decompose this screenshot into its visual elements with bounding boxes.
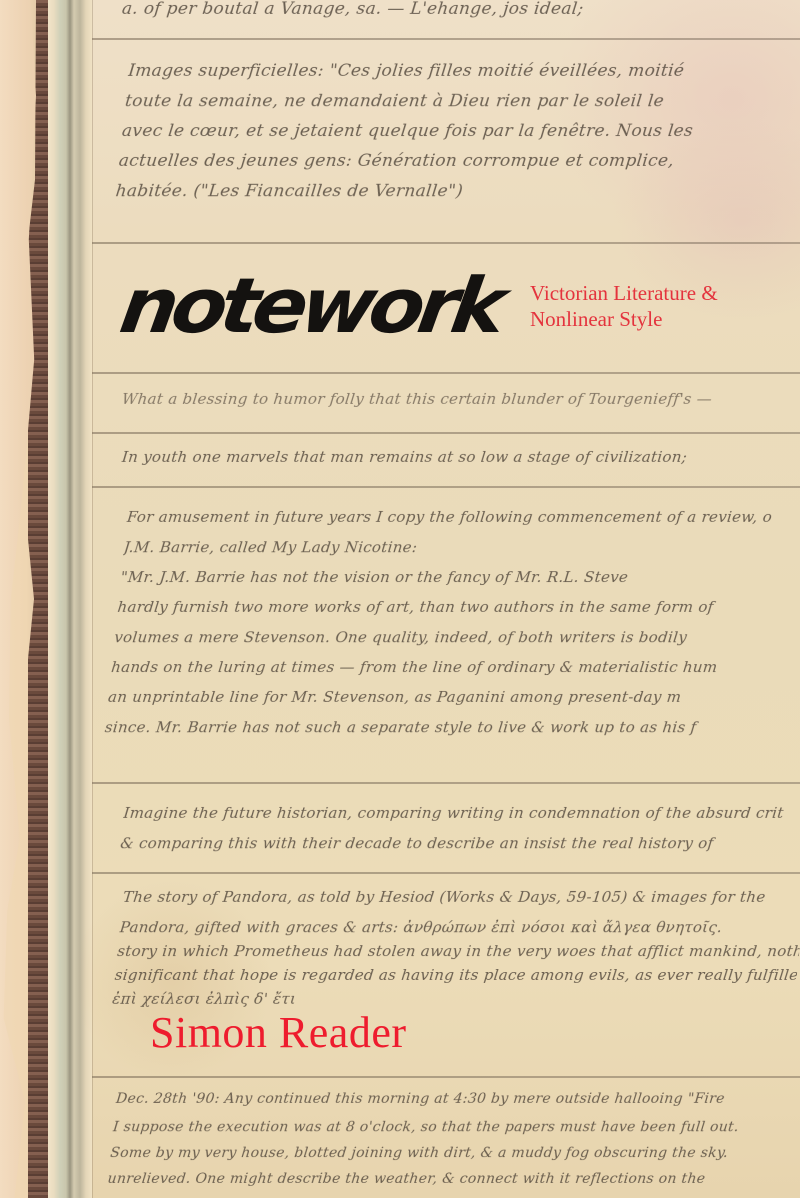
handwriting-line: significant that hope is regarded as hav…	[114, 960, 799, 984]
handwriting-block: Imagine the future historian, comparing …	[119, 798, 800, 858]
handwriting-line: Pandora, gifted with graces & arts: ἀνθρ…	[119, 912, 800, 936]
handwriting-line: story in which Prometheus had stolen awa…	[116, 936, 800, 960]
handwriting-line: a. of per boutal a Vanage, sa. — L'ehang…	[120, 0, 800, 24]
book-cover: a. of per boutal a Vanage, sa. — L'ehang…	[0, 0, 800, 1198]
handwriting-line: & comparing this with their decade to de…	[119, 828, 800, 858]
ruled-line	[92, 38, 800, 40]
ruled-line	[92, 486, 800, 488]
handwriting-block: The story of Pandora, as told by Hesiod …	[111, 882, 800, 1008]
book-subtitle: Victorian Literature & Nonlinear Style	[530, 280, 718, 332]
handwriting-block: Images superficielles: "Ces jolies fille…	[114, 56, 800, 206]
title-band: notework Victorian Literature & Nonlinea…	[92, 246, 800, 364]
handwriting-block: Dec. 28th '90: Any continued this mornin…	[106, 1084, 800, 1190]
handwriting-line: The story of Pandora, as told by Hesiod …	[121, 882, 800, 912]
handwriting-line: hardly furnish two more works of art, th…	[116, 592, 800, 622]
ruled-line	[92, 242, 800, 244]
ruled-line	[92, 432, 800, 434]
handwriting-line: hands on the luring at times — from the …	[110, 652, 797, 682]
notebook-spine	[48, 0, 92, 1198]
handwriting-line: Images superficielles: "Ces jolies fille…	[127, 56, 800, 86]
handwriting-line: avec le cœur, et se jetaient quelque foi…	[120, 116, 800, 146]
handwriting-block: What a blessing to humor folly that this…	[120, 384, 800, 414]
ruled-line	[92, 372, 800, 374]
handwriting-line: What a blessing to humor folly that this…	[120, 384, 800, 414]
handwriting-block: For amusement in future years I copy the…	[103, 502, 800, 742]
handwriting-block: In youth one marvels that man remains at…	[120, 442, 800, 472]
handwriting-line: Imagine the future historian, comparing …	[122, 798, 800, 828]
ruled-line	[92, 1076, 800, 1078]
margin-rule	[92, 0, 93, 1198]
handwriting-line: toute la semaine, ne demandaient à Dieu …	[124, 86, 800, 116]
handwriting-line: an unprintable line for Mr. Stevenson, a…	[107, 682, 794, 712]
handwriting-line: since. Mr. Barrie has not such a separat…	[103, 712, 790, 742]
handwriting-line: J.M. Barrie, called My Lady Nicotine:	[122, 532, 800, 562]
book-title: notework	[114, 256, 507, 356]
subtitle-line: Nonlinear Style	[530, 306, 718, 332]
handwriting-line: unrelieved. One might describe the weath…	[106, 1164, 797, 1190]
ruled-line	[92, 782, 800, 784]
handwriting-line: Dec. 28th '90: Any continued this mornin…	[115, 1084, 800, 1112]
author-name: Simon Reader	[150, 1005, 407, 1061]
handwriting-line: In youth one marvels that man remains at…	[120, 442, 800, 472]
handwriting-line: habitée. ("Les Fiancailles de Vernalle")	[114, 176, 795, 206]
handwriting-block: a. of per boutal a Vanage, sa. — L'ehang…	[120, 0, 800, 24]
ruled-line	[92, 872, 800, 874]
handwriting-line: volumes a mere Stevenson. One quality, i…	[113, 622, 800, 652]
subtitle-line: Victorian Literature &	[530, 280, 718, 306]
handwriting-line: Some by my very house, blotted joining w…	[109, 1138, 800, 1164]
handwriting-line: I suppose the execution was at 8 o'clock…	[112, 1112, 800, 1138]
handwriting-line: For amusement in future years I copy the…	[125, 502, 800, 532]
handwriting-line: actuelles des jeunes gens: Génération co…	[117, 146, 798, 176]
handwriting-line: "Mr. J.M. Barrie has not the vision or t…	[119, 562, 800, 592]
